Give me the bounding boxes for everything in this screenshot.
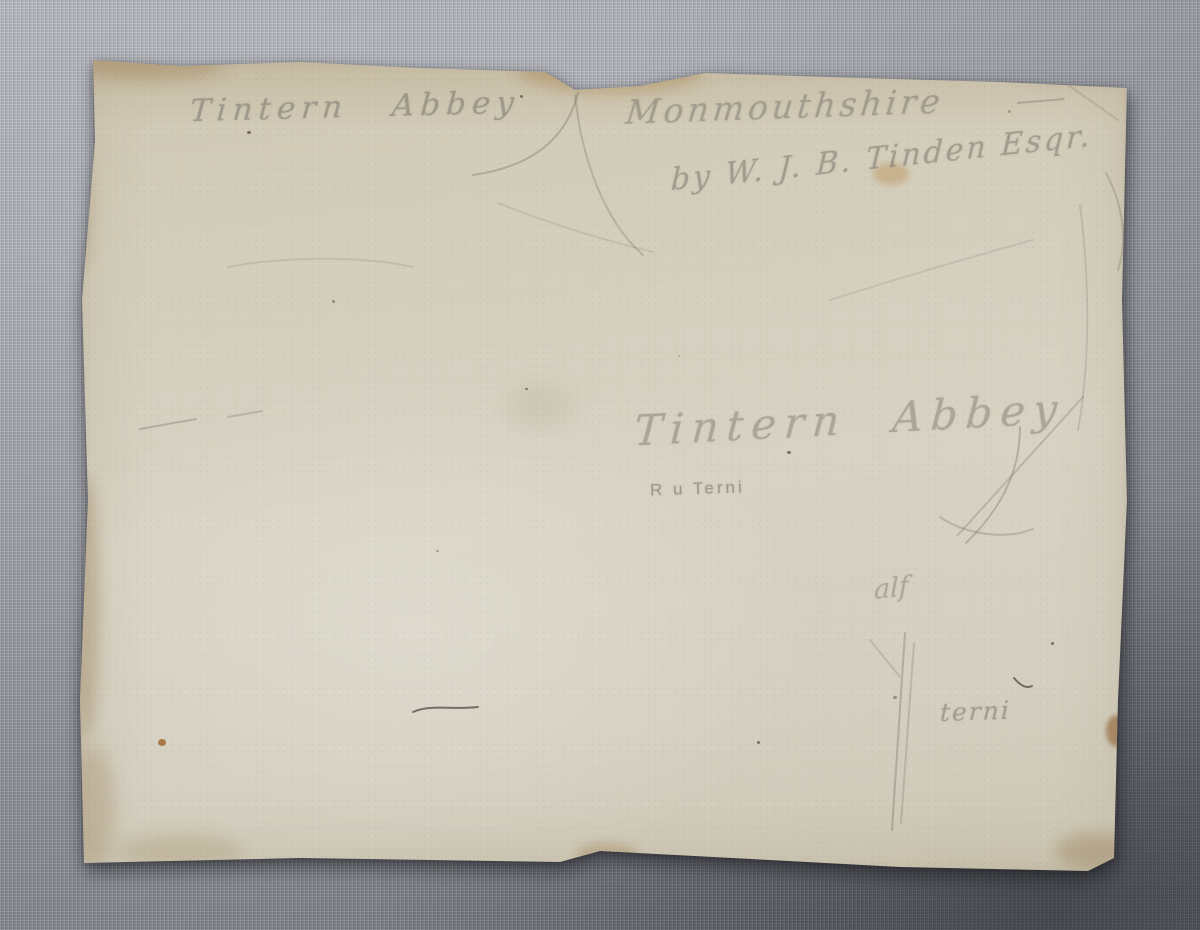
foxing-speck [893, 696, 897, 699]
foxing-speck [525, 388, 528, 390]
foxing-speck [678, 355, 680, 357]
inscription-top-right-line2: by W. J. B. Tinden Esqr. [670, 118, 1094, 198]
foxing-speck [436, 550, 439, 552]
paper-shadow-wrap: Tintern Abbey Monmouthshire by W. J. B. … [78, 55, 1130, 875]
stain-bottom-notch [576, 843, 638, 867]
inscription-small-mark: alf [874, 571, 909, 606]
foxing-speck [1051, 642, 1054, 645]
stain-bottom-left [118, 835, 243, 865]
foxing-speck [247, 131, 251, 134]
inscription-top-right-line1: Monmouthshire [624, 81, 946, 131]
pencil-scribbles [78, 55, 1130, 875]
stain-bottom-right-corner [1056, 833, 1128, 869]
inscription-center-title: Tintern Abbey [633, 384, 1067, 456]
stain-top-right-corner [1013, 53, 1128, 81]
inscription-top-left: Tintern Abbey [189, 85, 522, 130]
stain-right-edge [1106, 715, 1128, 747]
foxing-speck [332, 300, 335, 303]
stain-tan-blotch [873, 163, 909, 185]
foxing-speck [520, 95, 523, 98]
foxing-speck [787, 451, 791, 454]
photo-of-paper-verso: { "scene": { "subject": "Verso of an ant… [0, 0, 1200, 930]
stain-left-edge [74, 475, 100, 740]
stain-top-edge [518, 49, 703, 93]
dark-scratch-mark [413, 707, 478, 712]
paper-verso: Tintern Abbey Monmouthshire by W. J. B. … [78, 55, 1130, 875]
stain-middle-faint [508, 385, 572, 427]
foxing-speck [158, 739, 166, 746]
inscription-bottom-note: terni [940, 696, 1012, 728]
foxing-speck [1008, 110, 1011, 113]
dark-tick-mark [1014, 678, 1032, 687]
stain-bottom-left-corner [72, 745, 114, 867]
foxing-speck [757, 741, 760, 744]
inscription-center-note: R u Terni [650, 477, 745, 500]
